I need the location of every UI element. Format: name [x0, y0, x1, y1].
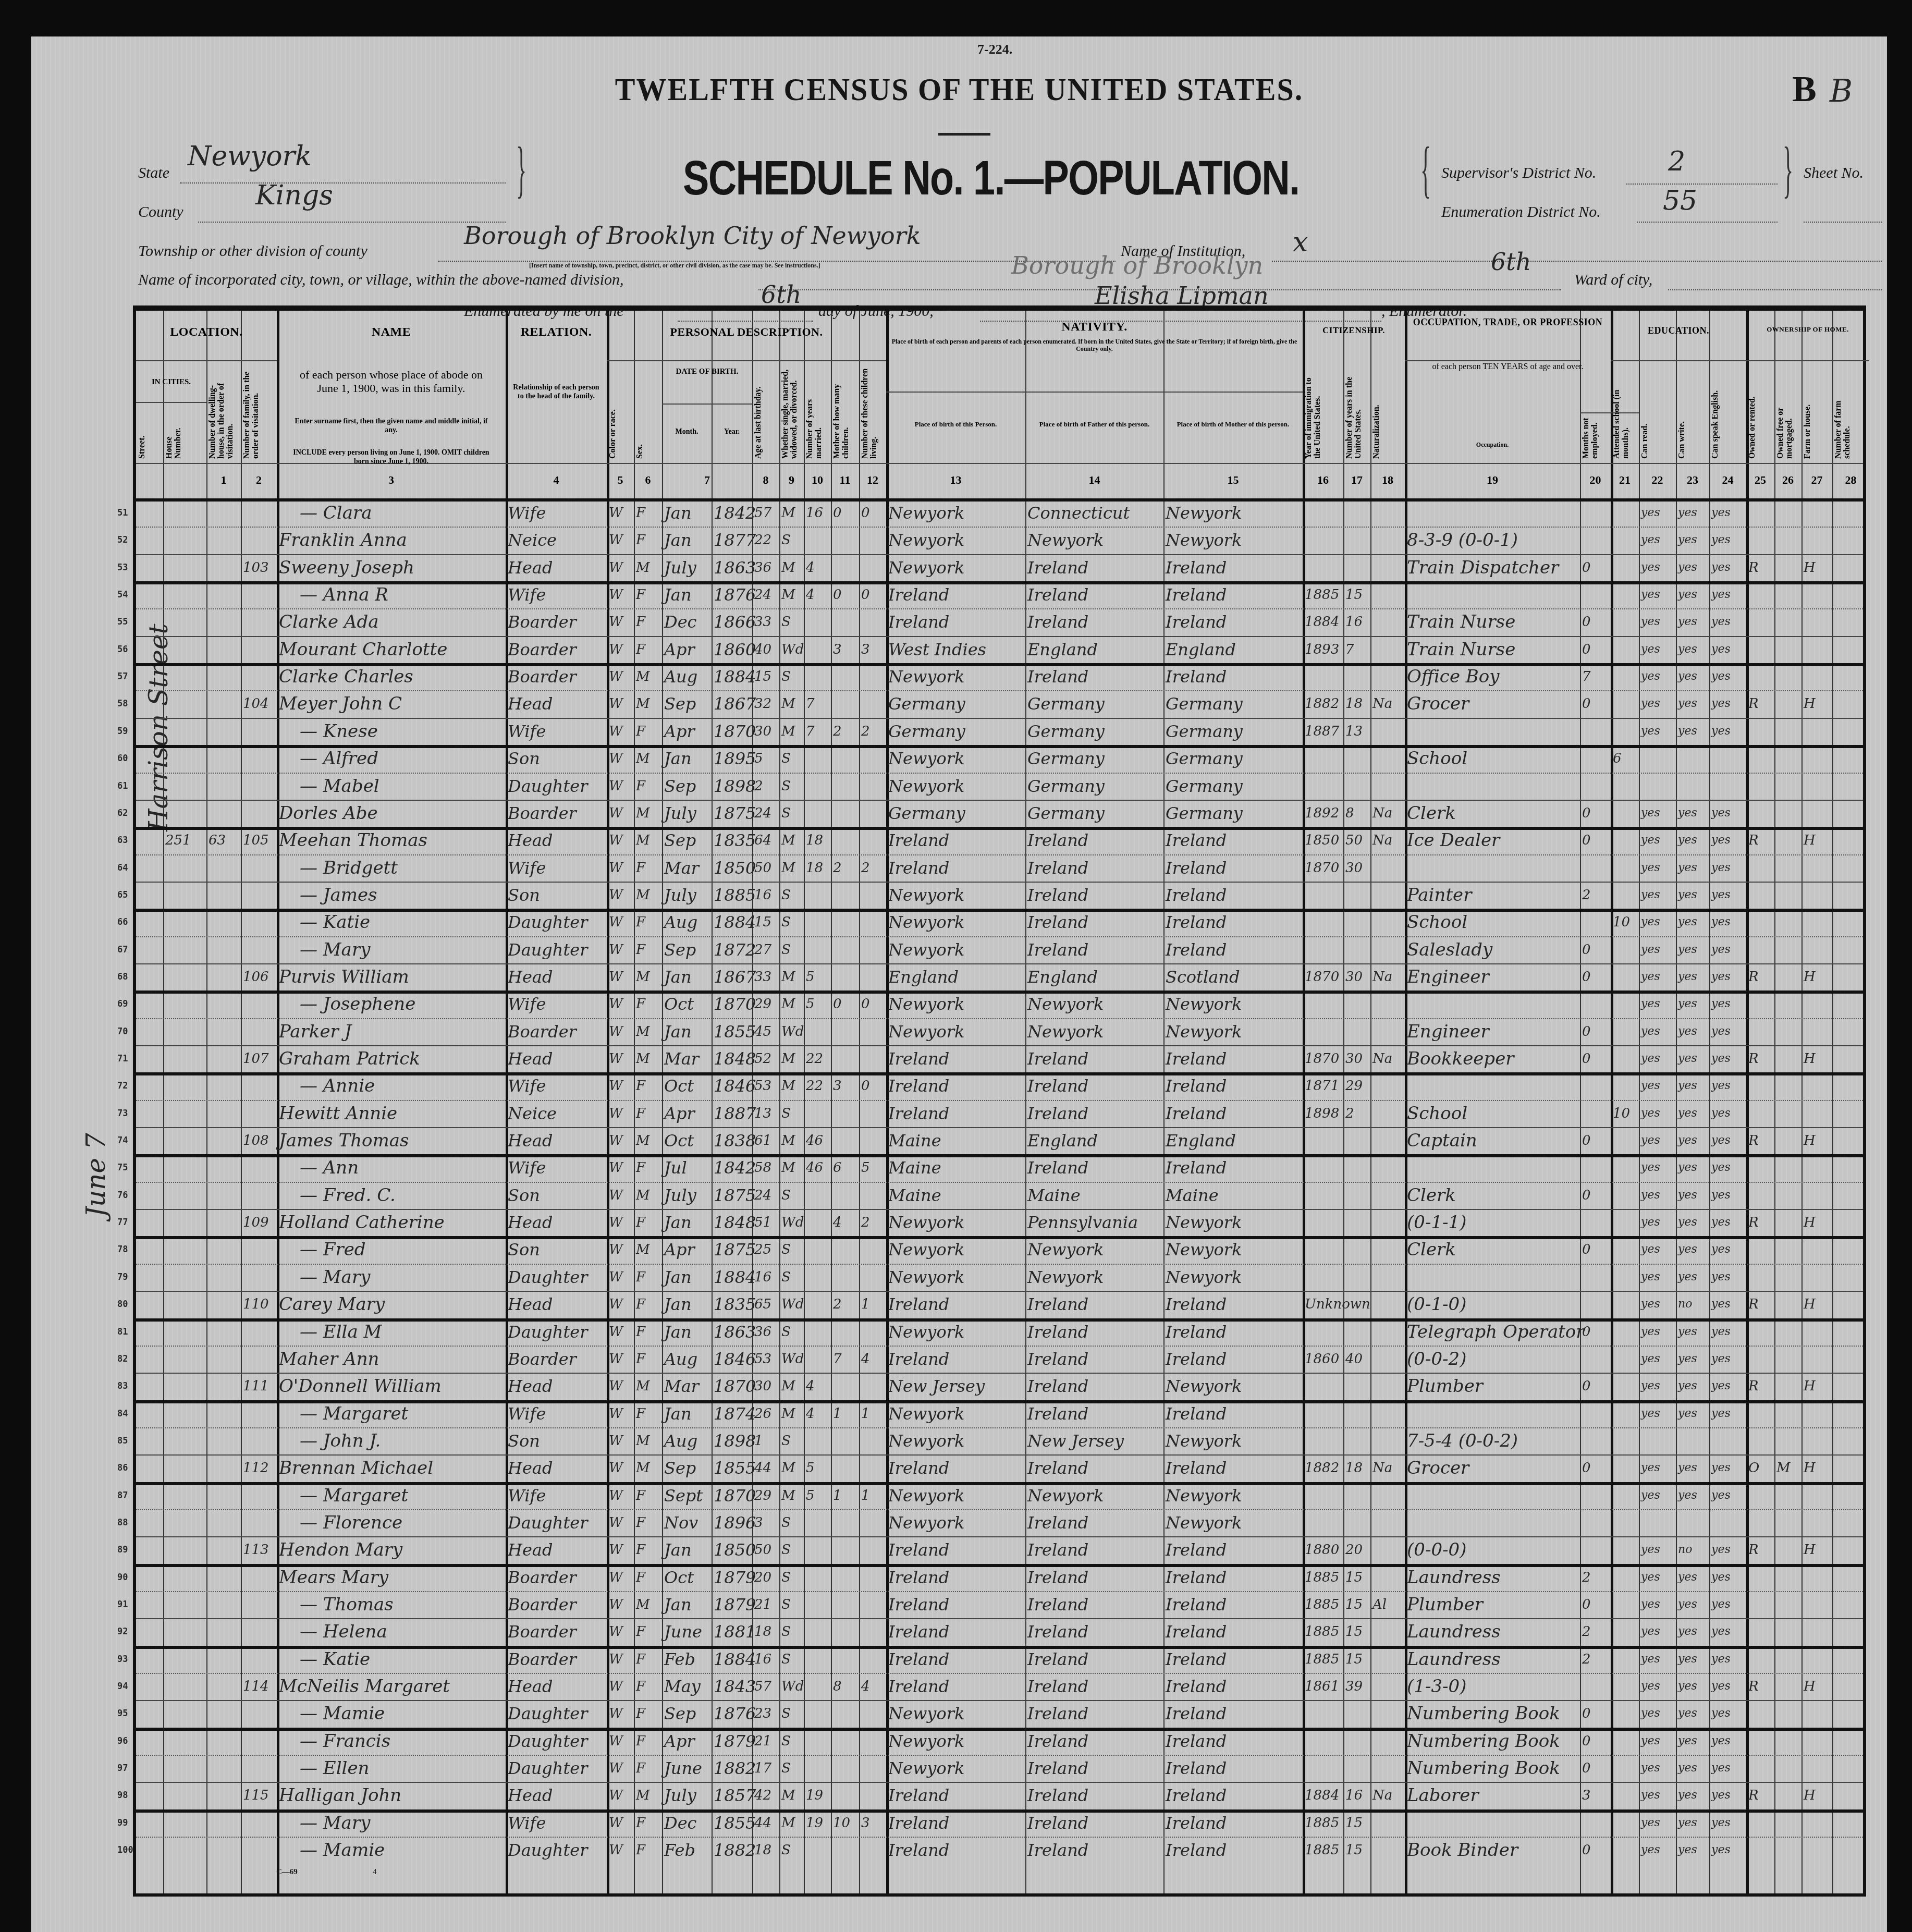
owned-rented: R: [1748, 1127, 1773, 1154]
person-name: Graham Patrick: [279, 1045, 505, 1072]
years-in-us: 15: [1345, 1591, 1369, 1618]
birthplace-father: Ireland: [1027, 827, 1162, 854]
township-note: [Insert name of township, town, precinct…: [529, 262, 820, 270]
relation: Boarder: [508, 1646, 606, 1673]
color-race: W: [609, 1154, 633, 1181]
mother-of: [833, 909, 858, 936]
person-name: — Ann: [279, 1154, 525, 1181]
years-in-us: [1345, 1427, 1369, 1454]
dwelling-number: [209, 1346, 240, 1373]
house-number: [165, 1700, 205, 1727]
immigration-year: [1305, 745, 1342, 772]
birth-year: 1835: [714, 827, 751, 854]
children-living: [861, 1264, 885, 1291]
birth-year: 1879: [714, 1728, 751, 1755]
birthplace-person: Newyork: [888, 527, 1024, 554]
birthplace-father: Ireland: [1027, 1373, 1162, 1400]
years-in-us: 29: [1345, 1072, 1369, 1099]
farm-house: H: [1804, 1536, 1831, 1563]
farm-schedule: [1834, 1264, 1868, 1291]
occupation: [1407, 499, 1579, 527]
ward-label: Ward of city,: [1574, 271, 1652, 289]
years-in-us: [1345, 663, 1369, 690]
row-number: 65: [117, 890, 128, 900]
can-write: yes: [1678, 882, 1708, 909]
can-read: yes: [1641, 1782, 1675, 1809]
color-race: W: [609, 581, 633, 608]
person-name: — Clara: [279, 499, 525, 527]
person-name: Brennan Michael: [279, 1454, 505, 1482]
birthplace-mother: Ireland: [1166, 1536, 1302, 1563]
header-can-speak: Can speak English.: [1711, 368, 1744, 459]
occupation: (0-1-0): [1407, 1291, 1579, 1318]
can-speak: yes: [1711, 636, 1745, 663]
sex: M: [636, 1127, 661, 1154]
birthplace-person: Ireland: [888, 827, 1024, 854]
person-name: James Thomas: [279, 1127, 505, 1154]
age: 16: [754, 882, 778, 909]
age: 17: [754, 1755, 778, 1782]
birthplace-mother: Newyork: [1166, 1509, 1302, 1536]
years-in-us: [1345, 1154, 1369, 1181]
can-write: yes: [1678, 1045, 1708, 1072]
attended-school: 6: [1613, 745, 1638, 772]
naturalization: Na: [1372, 690, 1404, 717]
birthplace-mother: Ireland: [1166, 1154, 1302, 1181]
family-number: [243, 909, 276, 936]
birth-year: 1898: [714, 1427, 751, 1454]
naturalization: [1372, 581, 1404, 608]
occupation: Train Dispatcher: [1407, 554, 1579, 581]
house-number: [165, 1236, 205, 1263]
family-number: 111: [243, 1373, 276, 1400]
person-name: — Mary: [279, 1809, 525, 1837]
mother-of: [833, 1837, 858, 1864]
header-mother-of: Mother of how many children.: [833, 368, 857, 459]
mother-of: [833, 1536, 858, 1563]
can-write: yes: [1678, 1646, 1708, 1673]
birth-month: Jan: [664, 1591, 710, 1618]
table-row: — John J.SonWMAug18981SNewyorkNew Jersey…: [136, 1427, 1863, 1454]
color-race: W: [609, 690, 633, 717]
relation: Daughter: [508, 1700, 606, 1727]
birth-year: 1855: [714, 1454, 751, 1482]
birthplace-person: Newyork: [888, 745, 1024, 772]
color-race: W: [609, 1618, 633, 1645]
owned-free-mortgaged: [1776, 1264, 1800, 1291]
row-rule: [1405, 360, 1580, 361]
immigration-year: [1305, 1728, 1342, 1755]
years-married: [806, 936, 830, 963]
person-name: Clarke Ada: [279, 608, 505, 635]
occupation: [1407, 1400, 1579, 1427]
naturalization: Na: [1372, 827, 1404, 854]
months-unemployed: 0: [1582, 936, 1610, 963]
header-occupation-desc: of each person TEN YEARS of age and over…: [1410, 362, 1605, 372]
farm-schedule: [1834, 581, 1868, 608]
dwelling-number: [209, 1454, 240, 1482]
immigration-year: [1305, 499, 1342, 527]
occupation: Laborer: [1407, 1782, 1579, 1809]
relation: Head: [508, 1291, 606, 1318]
can-write: yes: [1678, 581, 1708, 608]
can-read: yes: [1641, 1373, 1675, 1400]
column-number: 5: [607, 473, 634, 487]
months-unemployed: 3: [1582, 1782, 1610, 1809]
birthplace-mother: Ireland: [1166, 909, 1302, 936]
dwelling-number: [209, 909, 240, 936]
marital-status: Wd: [781, 1291, 803, 1318]
color-race: W: [609, 1482, 633, 1509]
birthplace-person: Ireland: [888, 1618, 1024, 1645]
naturalization: [1372, 1618, 1404, 1645]
relation: Son: [508, 1236, 606, 1263]
person-name: — Bridgett: [279, 854, 525, 882]
naturalization: [1372, 909, 1404, 936]
immigration-year: [1305, 1154, 1342, 1181]
relation: Son: [508, 745, 606, 772]
years-in-us: [1345, 1400, 1369, 1427]
years-married: [806, 1209, 830, 1236]
farm-schedule: [1834, 1700, 1868, 1727]
attended-school: [1613, 527, 1638, 554]
birthplace-father: Ireland: [1027, 554, 1162, 581]
birth-year: 1879: [714, 1564, 751, 1591]
birth-month: Mar: [664, 854, 710, 882]
years-in-us: [1345, 1182, 1369, 1209]
person-name: O'Donnell William: [279, 1373, 505, 1400]
birthplace-father: Ireland: [1027, 1646, 1162, 1673]
sex: M: [636, 1782, 661, 1809]
children-living: 0: [861, 581, 885, 608]
sex: M: [636, 882, 661, 909]
naturalization: Na: [1372, 963, 1404, 991]
person-name: — Mabel: [279, 773, 525, 800]
months-unemployed: 0: [1582, 1454, 1610, 1482]
age: 5: [754, 745, 778, 772]
marital-status: Wd: [781, 1346, 803, 1373]
years-married: 18: [806, 827, 830, 854]
birth-year: 1863: [714, 1318, 751, 1346]
naturalization: [1372, 1427, 1404, 1454]
dwelling-number: [209, 1045, 240, 1072]
attended-school: [1613, 499, 1638, 527]
children-living: 2: [861, 854, 885, 882]
owned-free-mortgaged: [1776, 1346, 1800, 1373]
birth-year: 1884: [714, 1646, 751, 1673]
years-married: 16: [806, 499, 830, 527]
can-read: yes: [1641, 909, 1675, 936]
person-name: — Florence: [279, 1509, 525, 1536]
farm-schedule: [1834, 854, 1868, 882]
row-number: 71: [117, 1054, 128, 1064]
owned-rented: [1748, 1236, 1773, 1263]
family-number: [243, 1755, 276, 1782]
occupation: [1407, 1482, 1579, 1509]
age: 33: [754, 963, 778, 991]
owned-free-mortgaged: [1776, 663, 1800, 690]
years-in-us: [1345, 1209, 1369, 1236]
attended-school: [1613, 1400, 1638, 1427]
birth-year: 1882: [714, 1837, 751, 1864]
mother-of: 2: [833, 854, 858, 882]
naturalization: [1372, 636, 1404, 663]
children-living: [861, 909, 885, 936]
birthplace-mother: Ireland: [1166, 1045, 1302, 1072]
occupation: Book Binder: [1407, 1837, 1579, 1864]
age: 13: [754, 1100, 778, 1127]
birth-month: Jan: [664, 1318, 710, 1346]
naturalization: [1372, 745, 1404, 772]
months-unemployed: 0: [1582, 1318, 1610, 1346]
immigration-year: 1892: [1305, 800, 1342, 827]
years-in-us: [1345, 1373, 1369, 1400]
can-read: yes: [1641, 1264, 1675, 1291]
occupation: (0-0-0): [1407, 1536, 1579, 1563]
supervisor-label: Supervisor's District No.: [1441, 164, 1596, 182]
sex: F: [636, 1536, 661, 1563]
occupation: 7-5-4 (0-0-2): [1407, 1427, 1579, 1454]
can-read: yes: [1641, 1045, 1675, 1072]
attended-school: [1613, 1591, 1638, 1618]
header-birth-mother: Place of birth of Mother of this person.: [1163, 420, 1303, 429]
can-write: yes: [1678, 1373, 1708, 1400]
owned-free-mortgaged: M: [1776, 1454, 1800, 1482]
farm-house: [1804, 527, 1831, 554]
owned-rented: [1748, 936, 1773, 963]
birthplace-mother: Ireland: [1166, 936, 1302, 963]
immigration-year: 1885: [1305, 1564, 1342, 1591]
owned-rented: R: [1748, 1673, 1773, 1700]
mother-of: 3: [833, 1072, 858, 1099]
naturalization: [1372, 1291, 1404, 1318]
can-speak: yes: [1711, 1809, 1745, 1837]
farm-schedule: [1834, 554, 1868, 581]
attended-school: [1613, 1045, 1638, 1072]
house-number: [165, 1100, 205, 1127]
children-living: [861, 1045, 885, 1072]
occupation: Grocer: [1407, 1454, 1579, 1482]
table-row: — MamieDaughterWFFeb188218SIrelandIrelan…: [136, 1837, 1863, 1864]
birthplace-mother: Ireland: [1166, 608, 1302, 635]
relation: Neice: [508, 1100, 606, 1127]
occupation: Train Nurse: [1407, 608, 1579, 635]
row-rule: [662, 403, 752, 405]
can-write: yes: [1678, 1400, 1708, 1427]
birth-month: Jan: [664, 1264, 710, 1291]
header-children-living: Number of these children living.: [861, 368, 884, 459]
birthplace-father: Ireland: [1027, 1564, 1162, 1591]
color-race: W: [609, 1564, 633, 1591]
children-living: [861, 1427, 885, 1454]
years-married: [806, 1427, 830, 1454]
attended-school: [1613, 718, 1638, 745]
birthplace-person: Ireland: [888, 1782, 1024, 1809]
person-name: Sweeny Joseph: [279, 554, 505, 581]
immigration-year: 1870: [1305, 963, 1342, 991]
birthplace-father: Newyork: [1027, 1018, 1162, 1045]
owned-rented: [1748, 1755, 1773, 1782]
mother-of: 0: [833, 581, 858, 608]
years-married: 4: [806, 1400, 830, 1427]
birth-year: 1867: [714, 690, 751, 717]
birthplace-person: Maine: [888, 1127, 1024, 1154]
county-line: [198, 222, 506, 223]
birth-month: Sept: [664, 1482, 710, 1509]
header-ownership: OWNERSHIP OF HOME.: [1746, 325, 1869, 334]
birthplace-mother: Ireland: [1166, 854, 1302, 882]
can-write: yes: [1678, 608, 1708, 635]
owned-free-mortgaged: [1776, 745, 1800, 772]
house-number: [165, 718, 205, 745]
can-speak: yes: [1711, 581, 1745, 608]
owned-rented: [1748, 1100, 1773, 1127]
birthplace-mother: Germany: [1166, 745, 1302, 772]
birth-year: 1870: [714, 718, 751, 745]
attended-school: [1613, 936, 1638, 963]
birthplace-person: Newyork: [888, 1728, 1024, 1755]
years-in-us: [1345, 882, 1369, 909]
dwelling-number: [209, 1728, 240, 1755]
farm-house: [1804, 991, 1831, 1018]
owned-rented: [1748, 909, 1773, 936]
birthplace-mother: Ireland: [1166, 1618, 1302, 1645]
birthplace-mother: Ireland: [1166, 1837, 1302, 1864]
can-speak: yes: [1711, 1673, 1745, 1700]
immigration-year: 1885: [1305, 581, 1342, 608]
attended-school: [1613, 1454, 1638, 1482]
owned-free-mortgaged: [1776, 1400, 1800, 1427]
color-race: W: [609, 1346, 633, 1373]
row-number: 100: [117, 1845, 133, 1855]
birthplace-mother: Ireland: [1166, 1728, 1302, 1755]
owned-rented: R: [1748, 1209, 1773, 1236]
owned-rented: R: [1748, 963, 1773, 991]
birthplace-person: Newyork: [888, 554, 1024, 581]
birth-year: 1898: [714, 773, 751, 800]
color-race: W: [609, 882, 633, 909]
owned-free-mortgaged: [1776, 1318, 1800, 1346]
header-can-read: Can read.: [1641, 368, 1674, 459]
birthplace-father: Ireland: [1027, 1072, 1162, 1099]
owned-free-mortgaged: [1776, 718, 1800, 745]
birth-year: 1895: [714, 745, 751, 772]
header-farm-schedule: Number of farm schedule.: [1834, 368, 1867, 459]
immigration-year: 1898: [1305, 1100, 1342, 1127]
immigration-year: [1305, 1427, 1342, 1454]
months-unemployed: 0: [1582, 800, 1610, 827]
years-in-us: 20: [1345, 1536, 1369, 1563]
color-race: W: [609, 1072, 633, 1099]
birth-year: 1860: [714, 636, 751, 663]
years-married: [806, 882, 830, 909]
birth-month: Jan: [664, 499, 710, 527]
dwelling-number: [209, 608, 240, 635]
farm-schedule: [1834, 963, 1868, 991]
can-write: yes: [1678, 1182, 1708, 1209]
birth-year: 1876: [714, 1700, 751, 1727]
mother-of: [833, 882, 858, 909]
attended-school: [1613, 1236, 1638, 1263]
family-number: [243, 1837, 276, 1864]
column-number: 18: [1370, 473, 1405, 487]
immigration-year: [1305, 936, 1342, 963]
marital-status: S: [781, 1427, 803, 1454]
sex: M: [636, 1045, 661, 1072]
years-in-us: 16: [1345, 608, 1369, 635]
naturalization: Na: [1372, 1782, 1404, 1809]
birth-month: Jan: [664, 745, 710, 772]
owned-free-mortgaged: [1776, 1700, 1800, 1727]
months-unemployed: 0: [1582, 554, 1610, 581]
immigration-year: [1305, 554, 1342, 581]
mother-of: [833, 1564, 858, 1591]
can-read: yes: [1641, 1100, 1675, 1127]
birthplace-mother: Ireland: [1166, 1346, 1302, 1373]
mother-of: [833, 1264, 858, 1291]
owned-rented: [1748, 718, 1773, 745]
birthplace-person: Newyork: [888, 1755, 1024, 1782]
can-write: yes: [1678, 800, 1708, 827]
dwelling-number: [209, 1373, 240, 1400]
color-race: W: [609, 1400, 633, 1427]
person-name: — Alfred: [279, 745, 525, 772]
birthplace-person: Newyork: [888, 909, 1024, 936]
title-rule: [938, 133, 990, 136]
children-living: [861, 1182, 885, 1209]
birthplace-person: Ireland: [888, 1346, 1024, 1373]
age: 21: [754, 1591, 778, 1618]
attended-school: [1613, 1182, 1638, 1209]
birthplace-mother: Newyork: [1166, 1209, 1302, 1236]
farm-house: [1804, 663, 1831, 690]
table-row: — FredSonWMApr187525SNewyorkNewyorkNewyo…: [136, 1236, 1863, 1263]
can-read: yes: [1641, 854, 1675, 882]
color-race: W: [609, 499, 633, 527]
attended-school: 10: [1613, 1100, 1638, 1127]
row-number: 97: [117, 1763, 128, 1774]
dwelling-number: [209, 499, 240, 527]
months-unemployed: [1582, 745, 1610, 772]
attended-school: [1613, 963, 1638, 991]
can-speak: yes: [1711, 1564, 1745, 1591]
table-row: 110Carey MaryHeadWFJan183565Wd21IrelandI…: [136, 1291, 1863, 1318]
table-row: — Ella MDaughterWFJan186336SNewyorkIrela…: [136, 1318, 1863, 1346]
birthplace-mother: Ireland: [1166, 1646, 1302, 1673]
age: 52: [754, 1045, 778, 1072]
house-number: [165, 1291, 205, 1318]
occupation: Numbering Book: [1407, 1700, 1579, 1727]
row-number: 51: [117, 508, 128, 518]
person-name: — Ella M: [279, 1318, 525, 1346]
naturalization: [1372, 1700, 1404, 1727]
birth-month: Jan: [664, 1400, 710, 1427]
column-number: 16: [1303, 473, 1343, 487]
owned-rented: [1748, 854, 1773, 882]
header-years-us: Number of years in the United States.: [1345, 368, 1368, 459]
person-name: — Francis: [279, 1728, 525, 1755]
occupation: Numbering Book: [1407, 1728, 1579, 1755]
months-unemployed: [1582, 581, 1610, 608]
children-living: 1: [861, 1400, 885, 1427]
row-number: 70: [117, 1026, 128, 1037]
header-relation: RELATION.: [506, 325, 607, 339]
mother-of: [833, 1045, 858, 1072]
family-number: [243, 1318, 276, 1346]
birth-year: 1870: [714, 1482, 751, 1509]
birthplace-father: Ireland: [1027, 1782, 1162, 1809]
table-row: Mourant CharlotteBoarderWFApr186040Wd33W…: [136, 636, 1863, 663]
